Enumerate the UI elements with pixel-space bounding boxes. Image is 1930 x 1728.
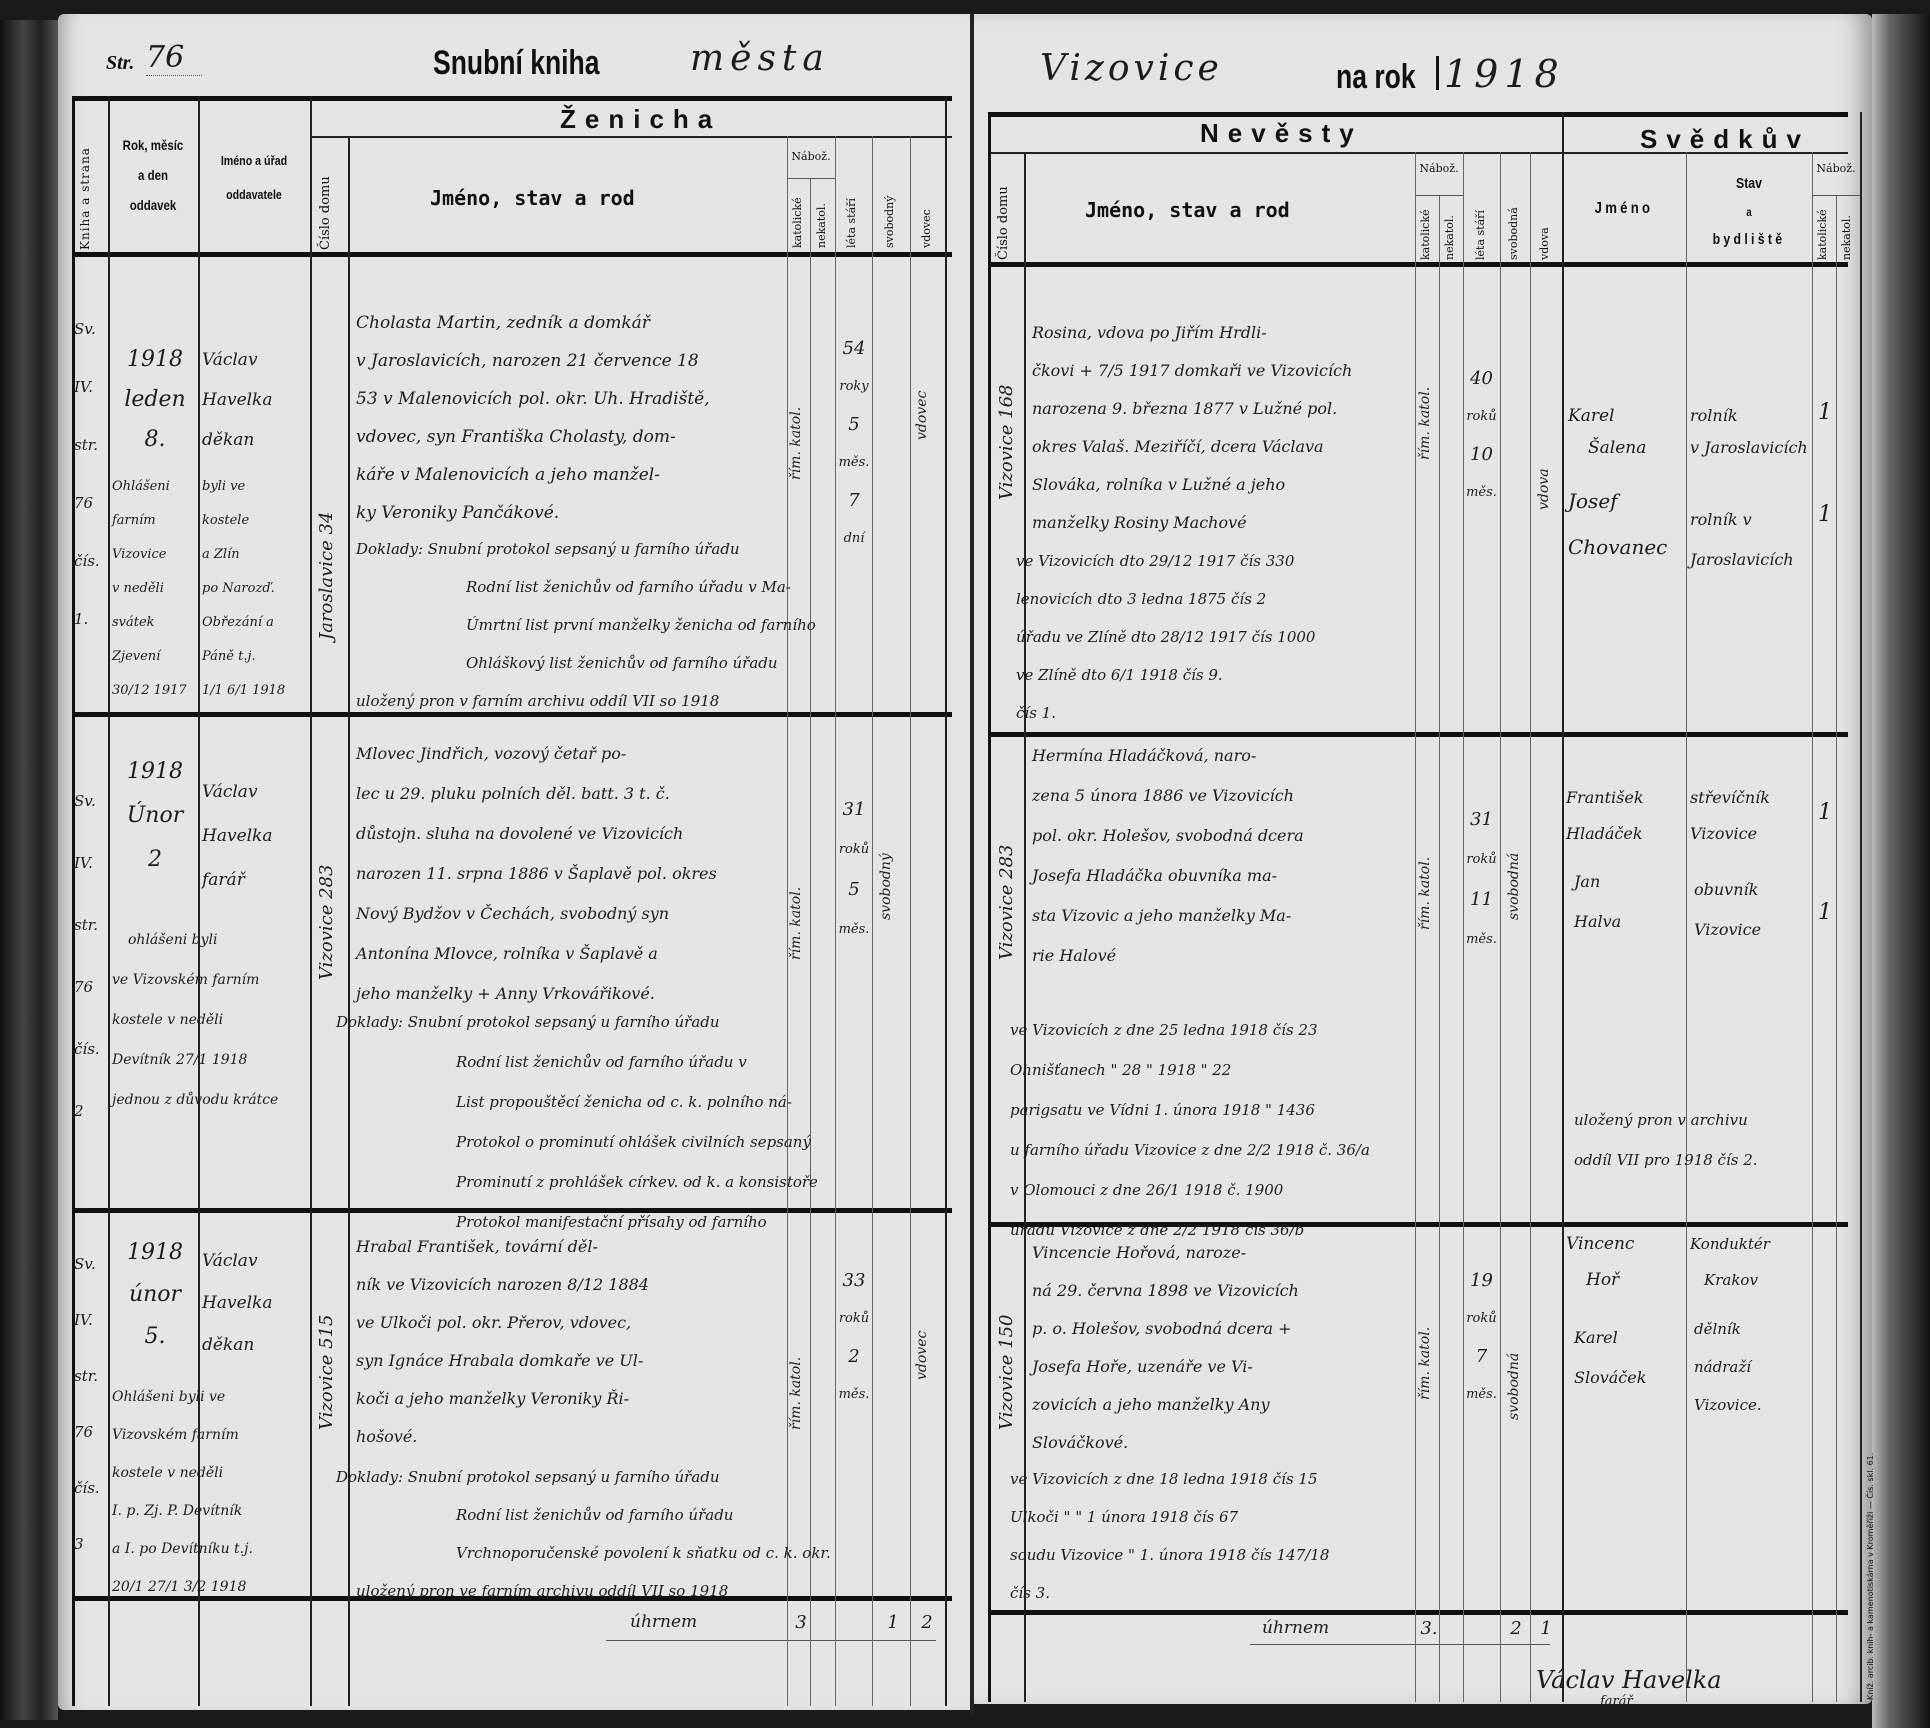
entry3-officiant: VáclavHavelkaděkan xyxy=(202,1240,308,1366)
entry3-kniha-5: 3 xyxy=(74,1516,106,1572)
entry3-groom-age-months: 2 xyxy=(836,1338,872,1376)
entry2-kniha-5: 2 xyxy=(74,1080,106,1142)
entry3-officiant-2: děkan xyxy=(202,1324,308,1366)
entry3-groom-age: 33roků2měs. xyxy=(836,1262,872,1414)
entry2-month: Únor xyxy=(112,794,198,838)
entry1-kniha-2: str. xyxy=(74,416,106,474)
signature-title: farář xyxy=(1600,1694,1633,1709)
signature: Václav Havelka xyxy=(1536,1666,1722,1694)
entry2-banns-1: ve Vizovském farním xyxy=(112,960,308,1000)
entry1-groom-line-1: v Jaroslavicích, narozen 21 července 18 xyxy=(356,342,784,380)
entry3-kniha-1: IV. xyxy=(74,1292,106,1348)
entry2-witness1-katolicke: 1 xyxy=(1818,800,1832,825)
col-svobodny: svobodný xyxy=(883,160,896,248)
entry3-bdoc-1: Ulkoči " " 1 února 1918 čís 67 xyxy=(1010,1498,1560,1536)
right-col-line-10 xyxy=(1836,195,1837,1702)
entry3-w2-status-2: Vizovice. xyxy=(1694,1386,1812,1424)
entry2-bride-age: 31roků11měs. xyxy=(1463,800,1500,960)
entry2-groom-house: Vizovice 283 xyxy=(316,740,337,980)
right-col-jmeno-stav-rod: Jméno, stav a rod xyxy=(1085,198,1290,222)
entry2-bride-age-years: 31 xyxy=(1463,800,1500,840)
entry3-bdoc-3: čís 3. xyxy=(1010,1574,1560,1612)
witness-col-katolicke: katolické xyxy=(1816,200,1829,260)
groom-section-title: Ženicha xyxy=(560,104,721,135)
entry3-w1-status-1: Krakov xyxy=(1690,1262,1810,1298)
page-label: Str. xyxy=(106,52,134,75)
entry3-officiant-0: Václav xyxy=(202,1240,308,1282)
entry3-w2-first: Karel xyxy=(1574,1318,1684,1358)
entry1-kniha-5: 1. xyxy=(74,590,106,648)
printer-note: Kníž. arcib. knih- a kamenotiskárna v Kr… xyxy=(1866,1390,1875,1700)
entry2-officiant-1: Havelka xyxy=(202,814,308,858)
book-title: Snubní kniha xyxy=(433,44,599,83)
witness-col-stav: Stav a bydliště xyxy=(1697,170,1800,254)
entry1-groom-house: Jaroslavice 34 xyxy=(316,300,337,640)
entry1-witness1-name: KarelŠalena xyxy=(1568,400,1684,464)
entry3-bride-line-0: Vincencie Hořová, narozе- xyxy=(1032,1234,1412,1272)
entry1-officiant-6: po Narozď. xyxy=(202,572,308,606)
entry3-banns-1: Vizovském farním xyxy=(112,1416,308,1454)
entry3-doc-3: uložený pron ve farním archivu oddíl VII… xyxy=(336,1572,946,1610)
entry3-bdoc-0: ve Vizovicích z dne 18 ledna 1918 čís 15 xyxy=(1010,1460,1560,1498)
entry2-doc-1: Rodní list ženichův od farního úřadu v xyxy=(336,1042,946,1082)
entry2-w1-last: Hladáček xyxy=(1566,816,1686,852)
entry1-banns-3: v neděli xyxy=(112,572,198,606)
entry2-kniha-3: 76 xyxy=(74,956,106,1018)
entry1-groom-docs: Doklady: Snubní protokol sepsaný u farní… xyxy=(356,530,946,720)
entry2-w1-status-0: střevíčník xyxy=(1690,780,1810,816)
entry2-witness2-status: obuvníkVizovice xyxy=(1694,870,1812,950)
entry2-kniha-4: čís. xyxy=(74,1018,106,1080)
entry1-officiant-5: a Zlín xyxy=(202,538,308,572)
entry1-banns-2: Vizovice xyxy=(112,538,198,572)
entry1-officiant-3: byli ve xyxy=(202,470,308,504)
entry1-kniha-1: IV. xyxy=(74,358,106,416)
col-rok-line2: a den xyxy=(116,160,190,190)
entry3-day: 5. xyxy=(112,1316,198,1358)
entry1-banns-5: Zjevení xyxy=(112,640,198,674)
entry3-bride-age-months-label: měs. xyxy=(1463,1376,1500,1414)
entry1-groom-line-3: vdovec, syn Františka Cholasty, dom- xyxy=(356,418,784,456)
col-oddavatel-line1: Iméno a úřad xyxy=(208,144,300,178)
entry3-w1-first: Vincenc xyxy=(1566,1226,1686,1262)
col-rok-mesic-den: Rok, měsíc a den oddavek xyxy=(116,130,190,220)
entry2-kniha-0: Sv. xyxy=(74,770,106,832)
entry2-witness2-katolicke: 1 xyxy=(1818,900,1832,925)
entry1-bride-line-2: narozena 9. března 1877 v Lužné pol. xyxy=(1032,390,1412,428)
entry1-bride-age-years: 40 xyxy=(1463,360,1500,398)
entry2-year: 1918 xyxy=(112,750,198,794)
entry2-w2-last: Halva xyxy=(1574,902,1684,942)
entry1-bride-line-3: okres Valaš. Meziříčí, dcera Václava xyxy=(1032,428,1412,466)
entry1-officiant-9: 1/1 6/1 1918 xyxy=(202,674,308,708)
entry3-bride-age: 19roků7měs. xyxy=(1463,1262,1500,1414)
col-jmeno-stav-rod: Jméno, stav a rod xyxy=(430,186,635,210)
entry2-officiant: VáclavHavelkafarář xyxy=(202,770,308,902)
entry2-groom-age: 31roků5měs. xyxy=(836,790,872,950)
entry2-groom-age-months: 5 xyxy=(836,870,872,910)
entry1-banns-6: 30/12 1917 xyxy=(112,674,198,708)
col-oddavatel: Iméno a úřad oddavatele xyxy=(208,144,300,212)
right-col-vdova: vdova xyxy=(1538,200,1551,260)
witness-col-stav-line3: bydliště xyxy=(1697,226,1800,254)
entry1-bride-status: vdova xyxy=(1536,420,1552,510)
book-right-edge xyxy=(1872,14,1930,1728)
entry2-w2-status-0: obuvník xyxy=(1694,870,1812,910)
year-label: na rok xyxy=(1336,58,1416,97)
place-name: Vizovice xyxy=(1040,48,1223,89)
right-col-cislo-domu: Číslo domu xyxy=(996,160,1011,260)
entry2-bride-line-5: rie Halové xyxy=(1032,936,1412,976)
entry2-date: 1918Únor2 xyxy=(112,750,198,882)
col-katolicke: katolické xyxy=(791,184,804,248)
entry1-kniha-3: 76 xyxy=(74,474,106,532)
entry3-groom-house: Vizovice 515 xyxy=(316,1230,337,1430)
entry2-bdoc-1: Ohnišťanech " 28 " 1918 " 22 xyxy=(1010,1050,1560,1090)
right-col-line-7 xyxy=(1562,112,1564,1702)
entry3-witness2-name: KarelSlováček xyxy=(1574,1318,1684,1398)
entry2-bride-line-4: sta Vizovic a jeho manželky Ma- xyxy=(1032,896,1412,936)
entry1-officiant-notes: byli vekostelea Zlínpo Narozď.Obřezání a… xyxy=(202,470,308,708)
entry1-bride-house: Vizovice 168 xyxy=(996,300,1017,500)
entry3-groom-line-5: hošové. xyxy=(356,1418,784,1456)
right-header-bottom-border xyxy=(988,262,1848,267)
entry3-date: 1918únor5. xyxy=(112,1232,198,1358)
entry2-bride-line-2: pol. okr. Holešov, svobodná dcera xyxy=(1032,816,1412,856)
entry1-groom-line-5: ky Veroniky Pančákové. xyxy=(356,494,784,532)
left-total-vdovec: 2 xyxy=(912,1612,942,1633)
entry1-witness1-status: rolníkv Jaroslavicích xyxy=(1690,400,1810,464)
entry1-w2-status-0: rolník v xyxy=(1690,500,1810,540)
entry1-groom-age-years: 54 xyxy=(836,330,872,368)
entry3-bride-status: svobodná xyxy=(1506,1290,1522,1420)
entry2-doc-0: Doklady: Snubní protokol sepsaný u farní… xyxy=(336,1002,946,1042)
entry2-bdoc-0: ve Vizovicích z dne 25 ledna 1918 čís 23 xyxy=(1010,1010,1560,1050)
entry3-month: únor xyxy=(112,1274,198,1316)
right-table-top-border xyxy=(988,112,1848,117)
entry3-bride-house: Vizovice 150 xyxy=(996,1240,1017,1430)
place-type: města xyxy=(690,38,830,79)
witness-col-jmeno: Jméno xyxy=(1573,200,1675,218)
entry3-witness1-name: VincencHoř xyxy=(1566,1226,1686,1298)
entry3-bride-line-1: ná 29. června 1898 ve Vizovicích xyxy=(1032,1272,1412,1310)
entry1-bride-age-months: 10 xyxy=(1463,436,1500,474)
entry3-bride-docs: ve Vizovicích z dne 18 ledna 1918 čís 15… xyxy=(1010,1460,1560,1612)
witness-naboz-divider xyxy=(1812,195,1860,196)
right-col-line-11 xyxy=(1860,112,1862,1702)
entry3-banns-0: Ohlášeni byli ve xyxy=(112,1378,308,1416)
left-total-svobodny: 1 xyxy=(878,1612,908,1633)
entry2-groom-line-1: lec u 29. pluku polních děl. batt. 3 t. … xyxy=(356,774,784,814)
entry3-banns-2: kostele v neděli xyxy=(112,1454,308,1492)
col-kniha-strana: Kniha a strana xyxy=(78,140,92,250)
entry1-day: 8. xyxy=(112,420,198,460)
entry1-officiant-8: Páně t.j. xyxy=(202,640,308,674)
entry1-kniha-0: Sv. xyxy=(74,300,106,358)
entry3-groom-docs: Doklady: Snubní protokol sepsaný u farní… xyxy=(336,1458,946,1610)
entry3-witness1-status: KonduktérKrakov xyxy=(1690,1226,1810,1298)
entry2-banns-2: kostele v neděli xyxy=(112,1000,308,1040)
entry3-kniha-strana: Sv.IV.str.76čís.3 xyxy=(74,1236,106,1572)
entry2-groom-docs: Doklady: Snubní protokol sepsaný u farní… xyxy=(336,1002,946,1242)
entry2-groom-age-years-label: roků xyxy=(836,830,872,870)
entry3-groom-status: vdovec xyxy=(914,1270,930,1380)
entry2-bride-docs: ve Vizovicích z dne 25 ledna 1918 čís 23… xyxy=(1010,1010,1560,1250)
entry3-banns-4: a I. po Devítníku t.j. xyxy=(112,1530,308,1568)
entry1-officiant: VáclavHavelkaděkan xyxy=(202,340,308,460)
entry3-w1-status-0: Konduktér xyxy=(1690,1226,1810,1262)
col-rok-line1: Rok, měsíc xyxy=(116,130,190,160)
entry1-officiant-7: Obřezání a xyxy=(202,606,308,640)
entry2-bdoc-4: v Olomouci z dne 26/1 1918 č. 1900 xyxy=(1010,1170,1560,1210)
entry2-bride-age-months-label: měs. xyxy=(1463,920,1500,960)
entry2-bdoc-2: parigsatu ve Vídni 1. února 1918 " 1436 xyxy=(1010,1090,1560,1130)
entry2-banns-0: ohlášeni byli xyxy=(112,920,308,960)
entry3-groom-line-0: Hrabal František, tovární děl- xyxy=(356,1228,784,1266)
left-table-top-border xyxy=(72,96,952,101)
witness-col-naboz: Nábož. xyxy=(1812,162,1860,175)
entry3-groom-age-months-label: měs. xyxy=(836,1376,872,1414)
entry3-witness2-status: dělníknádražíVizovice. xyxy=(1694,1310,1812,1424)
entry1-groom-age-days-label: dní xyxy=(836,520,872,558)
entry1-groom-religion: řím. katol. xyxy=(788,320,804,480)
entry1-banns-4: svátek xyxy=(112,606,198,640)
entry1-year: 1918 xyxy=(112,340,198,380)
entry2-doc-3: Protokol o prominutí ohlášek civilních s… xyxy=(336,1122,946,1162)
left-total-underline xyxy=(606,1640,936,1641)
entry2-bdoc-3: u farního úřadu Vizovice z dne 2/2 1918 … xyxy=(1010,1130,1560,1170)
entry1-groom-status: vdovec xyxy=(914,320,930,440)
entry2-doc-4: Prominutí z prohlášek církev. od k. a ko… xyxy=(336,1162,946,1202)
entry2-bride-line-1: zena 5 února 1886 ve Vizovicích xyxy=(1032,776,1412,816)
entry3-groom-age-years-label: roků xyxy=(836,1300,872,1338)
entry1-witness2-name: JosefChovanec xyxy=(1568,478,1684,570)
witness-col-stav-line1: Stav xyxy=(1697,170,1800,198)
entry1-banns-1: farním xyxy=(112,504,198,538)
entry2-officiant-2: farář xyxy=(202,858,308,902)
entry3-bride-religion: řím. katol. xyxy=(1417,1240,1433,1400)
entry2-officiant-0: Václav xyxy=(202,770,308,814)
entry1-banns: OhlášenifarnímVizovicev nedělisvátekZjev… xyxy=(112,470,198,708)
entry2-banns-3: Devítník 27/1 1918 xyxy=(112,1040,308,1080)
entry1-officiant-0: Václav xyxy=(202,340,308,380)
witness-section-title: Svědkův xyxy=(1640,124,1810,155)
entry3-groom-line-1: ník ve Vizovicích narozen 8/12 1884 xyxy=(356,1266,784,1304)
entry1-bride-age-years-label: roků xyxy=(1463,398,1500,436)
entry2-day: 2 xyxy=(112,838,198,882)
entry1-w1-status-1: v Jaroslavicích xyxy=(1690,432,1810,464)
entry1-w2-status-1: Jaroslavicích xyxy=(1690,540,1810,580)
right-col-naboz: Nábož. xyxy=(1415,162,1463,175)
right-col-line-8 xyxy=(1686,152,1687,1702)
entry3-bride-line-4: zovicích a jeho manželky Any xyxy=(1032,1386,1412,1424)
entry2-bride-status: svobodná xyxy=(1506,780,1522,920)
entry2-witness1-status: střevíčníkVizovice xyxy=(1690,780,1810,852)
col-naboz: Nábož. xyxy=(787,150,835,163)
entry3-groom-religion: řím. katol. xyxy=(788,1240,804,1430)
entry3-kniha-4: čís. xyxy=(74,1460,106,1516)
right-col-line-0 xyxy=(988,112,991,1702)
entry3-doc-2: Vrchnoporučenské povolení k sňatku od c.… xyxy=(336,1534,946,1572)
entry1-bride-docs: ve Vizovicích dto 29/12 1917 čís 330leno… xyxy=(1016,542,1436,732)
entry1-bride-religion: řím. katol. xyxy=(1417,340,1433,460)
witness-col-nekatol: nekatol. xyxy=(1840,200,1853,260)
col-oddavatel-line2: oddavatele xyxy=(208,178,300,212)
right-col-katolicke: katolické xyxy=(1419,200,1432,260)
entry1-groom-age-days: 7 xyxy=(836,482,872,520)
col-leta-stari: léta stáří xyxy=(845,160,858,248)
entry1-officiant-2: děkan xyxy=(202,420,308,460)
entry1-kniha-strana: Sv.IV.str.76čís.1. xyxy=(74,300,106,648)
entry1-witness1-katolicke: 1 xyxy=(1818,400,1832,425)
entry3-bride-line-3: Josefa Hoře, uzenáře ve Vi- xyxy=(1032,1348,1412,1386)
left-col-line-1 xyxy=(108,96,110,1706)
entry2-groom-age-years: 31 xyxy=(836,790,872,830)
entry1-officiant-4: kostele xyxy=(202,504,308,538)
entry1-groom-text: Cholasta Martin, zedník a domkářv Jarosl… xyxy=(356,304,784,532)
entry2-bride-religion: řím. katol. xyxy=(1417,760,1433,930)
entry1-w1-first: Karel xyxy=(1568,400,1684,432)
witness-col-stav-line2: a xyxy=(1697,198,1800,226)
entry1-groom-age-months: 5 xyxy=(836,406,872,444)
entry3-doc-1: Rodní list ženichův od farního úřadu xyxy=(336,1496,946,1534)
entry3-banns-3: I. p. Zj. P. Devítník xyxy=(112,1492,308,1530)
right-col-leta-stari: léta stáří xyxy=(1474,180,1487,260)
entry1-banns-0: Ohlášeni xyxy=(112,470,198,504)
entry2-groom-line-4: Nový Bydžov v Čechách, svobodný syn xyxy=(356,894,784,934)
entry2-banns: ohlášeni bylive Vizovském farnímkostele … xyxy=(112,920,308,1120)
entry2-bride-text: Hermína Hladáčková, naro-zena 5 února 18… xyxy=(1032,736,1412,976)
entry1-bdoc-3: ve Zlíně dto 6/1 1918 čís 9. xyxy=(1016,656,1436,694)
entry2-bride-house: Vizovice 283 xyxy=(996,760,1017,960)
entry1-groom-age-months-label: měs. xyxy=(836,444,872,482)
entry2-groom-line-0: Mlovec Jindřich, vozový četař po- xyxy=(356,734,784,774)
entry3-groom-line-4: koči a jeho manželky Veroniky Ři- xyxy=(356,1380,784,1418)
entry1-groom-line-4: káře v Malenovicích a jeho manžel- xyxy=(356,456,784,494)
entry1-w1-last: Šalena xyxy=(1568,432,1684,464)
entry2-witness-note: uložený pron v archivuoddíl VII pro 1918… xyxy=(1574,1100,1854,1180)
entry1-bride-age: 40roků10měs. xyxy=(1463,360,1500,512)
left-header-bottom-border xyxy=(72,252,952,257)
entry1-witness2-katolicke: 1 xyxy=(1818,502,1832,527)
entry2-bride-age-years-label: roků xyxy=(1463,840,1500,880)
left-total-label: úhrnem xyxy=(630,1612,697,1632)
entry1-bdoc-2: úřadu ve Zlíně dto 28/12 1917 čís 1000 xyxy=(1016,618,1436,656)
right-naboz-divider xyxy=(1415,195,1463,196)
entry2-groom-religion: řím. katol. xyxy=(788,760,804,960)
entry3-banns-5: 20/1 27/1 3/2 1918 xyxy=(112,1568,308,1606)
entry1-bdoc-4: čís 1. xyxy=(1016,694,1436,732)
left-total-katolicke: 3 xyxy=(790,1612,812,1633)
page-number: 76 xyxy=(146,40,202,76)
entry1-officiant-1: Havelka xyxy=(202,380,308,420)
right-col-line-9 xyxy=(1812,152,1813,1702)
bride-section-title: Nevěsty xyxy=(1200,118,1363,149)
entry3-groom-line-3: syn Ignáce Hrabala domkaře ve Ul- xyxy=(356,1342,784,1380)
entry3-bride-age-years: 19 xyxy=(1463,1262,1500,1300)
entry2-w2-status-1: Vizovice xyxy=(1694,910,1812,950)
entry3-banns: Ohlášeni byli veVizovském farnímkostele … xyxy=(112,1378,308,1606)
entry1-doc-1: Rodní list ženichův od farního úřadu v M… xyxy=(356,568,946,606)
entry2-kniha-strana: Sv.IV.str.76čís.2 xyxy=(74,770,106,1142)
year: 1918 xyxy=(1444,52,1565,96)
left-naboz-divider xyxy=(787,178,835,179)
left-col-line-3 xyxy=(310,96,312,1706)
right-col-svobodna: svobodná xyxy=(1507,180,1520,260)
entry2-witness-note-1: oddíl VII pro 1918 čís 2. xyxy=(1574,1140,1854,1180)
book-spine xyxy=(970,14,974,1714)
entry2-groom-status: svobodný xyxy=(878,780,894,920)
entry1-groom-line-0: Cholasta Martin, zedník a domkář xyxy=(356,304,784,342)
entry1-bride-text: Rosina, vdova po Jiřím Hrdli-čkovi + 7/5… xyxy=(1032,314,1412,542)
col-cislo-domu: Číslo domu xyxy=(318,150,333,250)
entry3-kniha-0: Sv. xyxy=(74,1236,106,1292)
entry2-groom-line-2: důstojn. sluha na dovolené ve Vizovicích xyxy=(356,814,784,854)
right-col-nekatol: nekatol. xyxy=(1443,200,1456,260)
entry2-witness2-name: JanHalva xyxy=(1574,862,1684,942)
entry3-bdoc-2: soudu Vizovice " 1. února 1918 čís 147/1… xyxy=(1010,1536,1560,1574)
entry3-year: 1918 xyxy=(112,1232,198,1274)
entry1-date: 1918leden8. xyxy=(112,340,198,460)
entry3-groom-line-2: ve Ulkoči pol. okr. Přerov, vdovec, xyxy=(356,1304,784,1342)
entry1-doc-4: uložený pron v farním archivu oddíl VII … xyxy=(356,682,946,720)
year-prefix-mark xyxy=(1436,56,1439,90)
right-total-vdova: 1 xyxy=(1532,1618,1560,1639)
entry3-bride-line-2: p. o. Holešov, svobodná dcera + xyxy=(1032,1310,1412,1348)
entry3-kniha-3: 76 xyxy=(74,1404,106,1460)
entry1-bdoc-0: ve Vizovicích dto 29/12 1917 čís 330 xyxy=(1016,542,1436,580)
entry2-banns-4: jednou z důvodu krátce xyxy=(112,1080,308,1120)
entry3-kniha-2: str. xyxy=(74,1348,106,1404)
right-total-svobodna: 2 xyxy=(1502,1618,1530,1639)
groom-subheader-border xyxy=(312,136,952,138)
entry2-bride-age-months: 11 xyxy=(1463,880,1500,920)
right-total-underline xyxy=(1250,1644,1550,1645)
entry3-officiant-1: Havelka xyxy=(202,1282,308,1324)
entry2-groom-line-5: Antonína Mlovce, rolníka v Šaplavě a xyxy=(356,934,784,974)
entry1-groom-age-years-label: roky xyxy=(836,368,872,406)
entry1-month: leden xyxy=(112,380,198,420)
entry1-bride-line-4: Slováka, rolníka v Lužné a jeho xyxy=(1032,466,1412,504)
entry2-w1-first: František xyxy=(1566,780,1686,816)
entry2-w2-first: Jan xyxy=(1574,862,1684,902)
col-nekatol: nekatol. xyxy=(815,184,828,248)
entry1-bdoc-1: lenovicích dto 3 ledna 1875 čís 2 xyxy=(1016,580,1436,618)
entry2-witness1-name: FrantišekHladáček xyxy=(1566,780,1686,852)
entry3-w1-last: Hoř xyxy=(1566,1262,1686,1298)
right-total-label: úhrnem xyxy=(1262,1618,1329,1638)
entry3-w2-last: Slováček xyxy=(1574,1358,1684,1398)
entry2-bride-line-0: Hermína Hladáčková, naro- xyxy=(1032,736,1412,776)
entry2-bride-line-3: Josefa Hladáčka obuvníka ma- xyxy=(1032,856,1412,896)
entry1-w2-last: Chovanec xyxy=(1568,524,1684,570)
entry2-doc-2: List propouštěcí ženicha od c. k. polníh… xyxy=(336,1082,946,1122)
entry3-bride-age-months: 7 xyxy=(1463,1338,1500,1376)
entry1-bride-line-0: Rosina, vdova po Jiřím Hrdli- xyxy=(1032,314,1412,352)
entry1-witness2-status: rolník vJaroslavicích xyxy=(1690,500,1810,580)
entry3-doc-0: Doklady: Snubní protokol sepsaný u farní… xyxy=(336,1458,946,1496)
col-vdovec: vdovec xyxy=(920,180,933,248)
entry1-doc-3: Ohláškový list ženichův od farního úřadu xyxy=(356,644,946,682)
entry1-bride-line-1: čkovi + 7/5 1917 domkaři ve Vizovicích xyxy=(1032,352,1412,390)
entry3-w2-status-0: dělník xyxy=(1694,1310,1812,1348)
entry1-w1-status-0: rolník xyxy=(1690,400,1810,432)
entry3-bride-text: Vincencie Hořová, narozе-ná 29. června 1… xyxy=(1032,1234,1412,1462)
entry1-bride-age-months-label: měs. xyxy=(1463,474,1500,512)
entry2-witness-note-0: uložený pron v archivu xyxy=(1574,1100,1854,1140)
entry2-groom-line-3: narozen 11. srpna 1886 v Šaplavě pol. ok… xyxy=(356,854,784,894)
entry2-groom-age-months-label: měs. xyxy=(836,910,872,950)
